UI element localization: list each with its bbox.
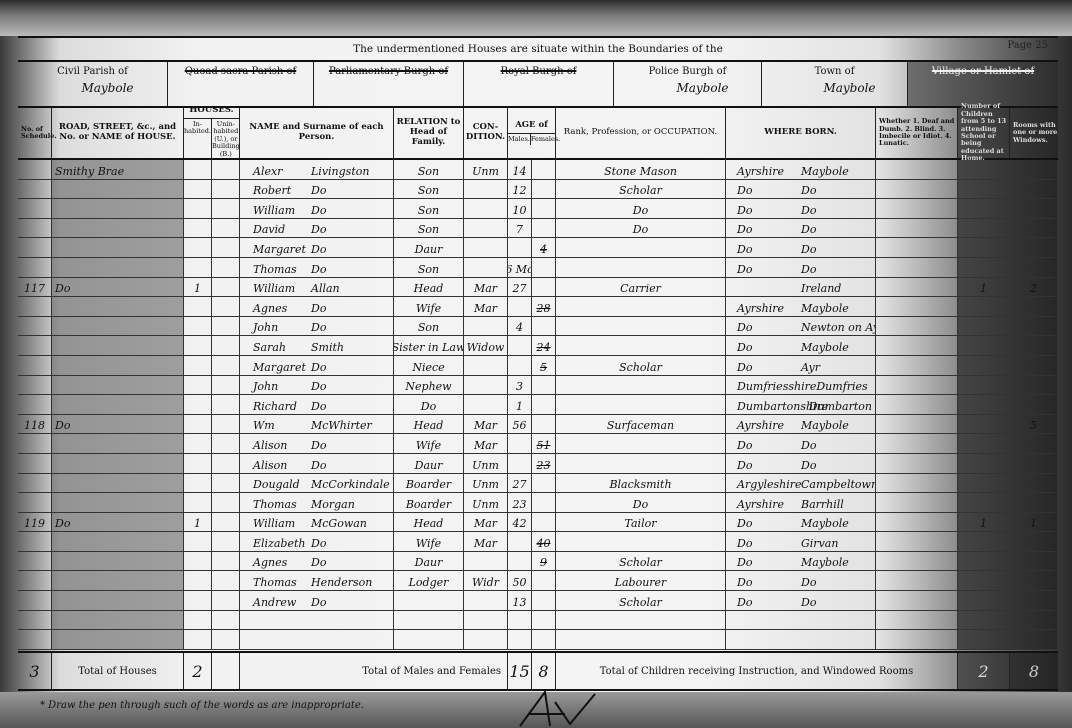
boundary-value: Maybole (823, 81, 875, 95)
cell-uninhabited (212, 415, 240, 434)
cell-female-age (532, 513, 556, 532)
born-place: Do (801, 204, 816, 217)
surname: Do (311, 400, 326, 413)
cell-rooms (1010, 571, 1058, 590)
cell-schedule (18, 199, 52, 218)
table-row: SarahSmithSister in LawWidow24DoMaybole (18, 336, 1058, 356)
cell-where-born: DoDo (726, 434, 876, 453)
cell-condition (464, 219, 508, 238)
table-row: AlisonDoWifeMar51DoDo (18, 434, 1058, 454)
cell-children (958, 317, 1010, 336)
cell-female-age (532, 317, 556, 336)
cell-condition (464, 395, 508, 414)
cell-relation: Daur (394, 552, 464, 571)
cell-male-age: 6 Mo (508, 258, 532, 277)
cell-name: MargaretDo (240, 356, 394, 375)
cell-relation: Nephew (394, 376, 464, 395)
born-county: Ayrshire (729, 302, 801, 315)
cell-whether (876, 454, 958, 473)
enumerator-initials-mark (510, 688, 600, 728)
cell-rooms (1010, 199, 1058, 218)
cell-rooms: 2 (1010, 278, 1058, 297)
cell-where-born: DoAyr (726, 356, 876, 375)
cell-name: ElizabethDo (240, 532, 394, 551)
born-county: Do (729, 223, 801, 236)
cell-condition: Mar (464, 297, 508, 316)
cell-rooms (1010, 532, 1058, 551)
cell-uninhabited (212, 571, 240, 590)
surname: Do (311, 321, 326, 334)
boundary-village: Village or Hamlet of (908, 62, 1058, 106)
cell-male-age: 27 (508, 474, 532, 493)
total-houses-label: Total of Houses (52, 653, 184, 689)
title-text: The undermentioned Houses are situate wi… (353, 43, 723, 55)
col-inhabited: In-habited. (184, 119, 211, 160)
cell-rooms (1010, 630, 1058, 649)
cell-male-age (508, 336, 532, 355)
cell-rooms: 5 (1010, 415, 1058, 434)
cell-female-age (532, 219, 556, 238)
total-houses-inhabited: 2 (184, 653, 212, 689)
born-place: Campbeltown (801, 478, 876, 491)
cell-condition (464, 356, 508, 375)
surname: Do (311, 263, 326, 276)
cell-rooms (1010, 395, 1058, 414)
footnote: * Draw the pen through such of the words… (40, 700, 364, 711)
cell-children (958, 532, 1010, 551)
cell-rooms (1010, 180, 1058, 199)
cell-name: SarahSmith (240, 336, 394, 355)
cell-schedule (18, 493, 52, 512)
table-row: AlisonDoDaurUnm23DoDo (18, 454, 1058, 474)
born-county: Dumbartonshire (729, 400, 809, 413)
surname: Do (311, 439, 326, 452)
surname: Allan (311, 282, 340, 295)
cell-condition (464, 180, 508, 199)
cell-rooms (1010, 434, 1058, 453)
table-row: RobertDoSon12ScholarDoDo (18, 180, 1058, 200)
col-name: NAME and Surname of each Person. (240, 108, 394, 158)
total-children-value: 2 (978, 662, 988, 681)
cell-name: MargaretDo (240, 238, 394, 257)
cell-occupation (556, 336, 726, 355)
cell-rooms (1010, 591, 1058, 610)
boundaries-row: Civil Parish of Maybole Quoad sacra Pari… (18, 62, 1058, 108)
cell-whether (876, 317, 958, 336)
cell-inhabited (184, 591, 212, 610)
cell-inhabited: 1 (184, 278, 212, 297)
cell-occupation (556, 395, 726, 414)
cell-inhabited (184, 611, 212, 630)
boundary-value: Maybole (81, 81, 133, 95)
cell-occupation: Surfaceman (556, 415, 726, 434)
cell-schedule: 119 (18, 513, 52, 532)
cell-schedule (18, 376, 52, 395)
cell-rooms (1010, 376, 1058, 395)
cell-road (52, 493, 184, 512)
cell-female-age: 40 (532, 532, 556, 551)
table-row: ThomasMorganBoarderUnm23DoAyrshireBarrhi… (18, 493, 1058, 513)
cell-where-born: DoMaybole (726, 336, 876, 355)
cell-schedule (18, 317, 52, 336)
cell-condition (464, 376, 508, 395)
born-county: Ayrshire (729, 498, 801, 511)
born-county: Do (729, 576, 801, 589)
cell-schedule (18, 434, 52, 453)
boundary-label: Village or Hamlet of (932, 66, 1034, 77)
surname: Do (311, 380, 326, 393)
cell-inhabited (184, 474, 212, 493)
cell-uninhabited (212, 317, 240, 336)
table-row: RichardDoDo1DumbartonshireDumbarton (18, 395, 1058, 415)
total-males-value: 15 (509, 662, 529, 681)
born-place: Do (801, 263, 816, 276)
cell-uninhabited (212, 474, 240, 493)
cell-relation: Niece (394, 356, 464, 375)
cell-occupation: Tailor (556, 513, 726, 532)
first-name: David (243, 223, 311, 236)
cell-occupation: Labourer (556, 571, 726, 590)
cell-rooms (1010, 454, 1058, 473)
cell-uninhabited (212, 552, 240, 571)
first-name: Thomas (243, 576, 311, 589)
cell-road (52, 297, 184, 316)
cell-relation: Boarder (394, 493, 464, 512)
cell-condition (464, 199, 508, 218)
cell-schedule (18, 532, 52, 551)
cell-male-age: 50 (508, 571, 532, 590)
cell-where-born: AyrshireMaybole (726, 415, 876, 434)
cell-whether (876, 591, 958, 610)
table-row (18, 611, 1058, 631)
first-name: Margaret (243, 243, 311, 256)
born-place: Girvan (801, 537, 838, 550)
cell-relation: Boarder (394, 474, 464, 493)
cell-road (52, 395, 184, 414)
cell-condition: Mar (464, 415, 508, 434)
born-county: Do (729, 361, 801, 374)
cell-where-born (726, 611, 876, 630)
cell-whether (876, 611, 958, 630)
cell-female-age (532, 630, 556, 649)
cell-road (52, 434, 184, 453)
houses-label: HOUSES. (189, 106, 233, 116)
cell-children (958, 297, 1010, 316)
cell-male-age: 4 (508, 317, 532, 336)
table-row: Smithy BraeAlexrLivingstonSonUnm14Stone … (18, 160, 1058, 180)
born-county: Do (729, 243, 801, 256)
cell-uninhabited (212, 219, 240, 238)
total-rooms: 8 (1010, 653, 1058, 689)
cell-road (52, 376, 184, 395)
cell-where-born: DoNewton on Ayr (726, 317, 876, 336)
col-males: Males. (508, 134, 530, 145)
born-county: Do (729, 596, 801, 609)
born-place: Do (801, 596, 816, 609)
cell-uninhabited (212, 513, 240, 532)
cell-children: 1 (958, 513, 1010, 532)
cell-female-age (532, 278, 556, 297)
first-name: William (243, 517, 311, 530)
cell-female-age (532, 258, 556, 277)
cell-relation: Wife (394, 434, 464, 453)
cell-inhabited: 1 (184, 513, 212, 532)
col-age: AGE of Males. Females. (508, 108, 556, 158)
cell-relation: Son (394, 180, 464, 199)
cell-name: WilliamMcGowan (240, 513, 394, 532)
cell-road (52, 356, 184, 375)
cell-schedule (18, 180, 52, 199)
cell-road (52, 532, 184, 551)
cell-rooms (1010, 611, 1058, 630)
cell-occupation (556, 630, 726, 649)
cell-whether (876, 258, 958, 277)
cell-children (958, 474, 1010, 493)
census-entries: Smithy BraeAlexrLivingstonSonUnm14Stone … (18, 160, 1058, 650)
cell-uninhabited (212, 376, 240, 395)
total-children-label: Total of Children receiving Instruction,… (556, 653, 958, 689)
cell-male-age: 42 (508, 513, 532, 532)
cell-whether (876, 415, 958, 434)
cell-where-born: Ireland (726, 278, 876, 297)
cell-occupation: Scholar (556, 180, 726, 199)
cell-name: WmMcWhirter (240, 415, 394, 434)
cell-schedule (18, 219, 52, 238)
col-relation: RELATION to Head of Family. (394, 108, 464, 158)
cell-where-born: AyrshireMaybole (726, 297, 876, 316)
total-inhabited-value: 2 (192, 662, 202, 681)
cell-rooms (1010, 552, 1058, 571)
cell-occupation (556, 611, 726, 630)
born-county: Do (729, 517, 801, 530)
col-occupation: Rank, Profession, or OCCUPATION. (556, 108, 726, 158)
cell-name: RichardDo (240, 395, 394, 414)
cell-inhabited (184, 180, 212, 199)
cell-children (958, 376, 1010, 395)
cell-where-born: AyrshireBarrhill (726, 493, 876, 512)
cell-occupation: Do (556, 199, 726, 218)
cell-female-age (532, 571, 556, 590)
cell-condition: Unm (464, 454, 508, 473)
cell-road (52, 199, 184, 218)
col-whether: Whether 1. Deaf and Dumb. 2. Blind. 3. I… (876, 108, 958, 158)
cell-uninhabited (212, 532, 240, 551)
cell-whether (876, 630, 958, 649)
cell-relation: Sister in Law (394, 336, 464, 355)
total-houses-uninhabited (212, 653, 240, 689)
cell-female-age (532, 474, 556, 493)
total-females: 8 (532, 653, 556, 689)
cell-uninhabited (212, 238, 240, 257)
cell-female-age: 24 (532, 336, 556, 355)
surname: Do (311, 537, 326, 550)
cell-uninhabited (212, 297, 240, 316)
cell-male-age (508, 356, 532, 375)
cell-schedule (18, 336, 52, 355)
cell-occupation: Carrier (556, 278, 726, 297)
cell-occupation: Scholar (556, 552, 726, 571)
born-place: Do (801, 243, 816, 256)
cell-occupation (556, 532, 726, 551)
cell-occupation (556, 454, 726, 473)
cell-schedule (18, 297, 52, 316)
cell-condition: Mar (464, 513, 508, 532)
cell-schedule (18, 611, 52, 630)
cell-road (52, 454, 184, 473)
cell-road (52, 611, 184, 630)
cell-whether (876, 571, 958, 590)
cell-condition: Widr (464, 571, 508, 590)
cell-female-age (532, 493, 556, 512)
cell-name: AndrewDo (240, 591, 394, 610)
cell-occupation: Do (556, 493, 726, 512)
table-row: ThomasHendersonLodgerWidr50LabourerDoDo (18, 571, 1058, 591)
cell-rooms (1010, 317, 1058, 336)
cell-children (958, 571, 1010, 590)
cell-whether (876, 493, 958, 512)
cell-female-age: 5 (532, 356, 556, 375)
cell-occupation (556, 238, 726, 257)
cell-children: 1 (958, 278, 1010, 297)
total-females-value: 8 (538, 662, 548, 681)
cell-where-born: DoDo (726, 571, 876, 590)
surname: Do (311, 184, 326, 197)
cell-schedule (18, 630, 52, 649)
cell-uninhabited (212, 630, 240, 649)
totals-row: 3 Total of Houses 2 Total of Males and F… (18, 651, 1058, 691)
cell-condition: Unm (464, 493, 508, 512)
table-row: JohnDoSon4DoNewton on Ayr (18, 317, 1058, 337)
cell-children (958, 395, 1010, 414)
cell-where-born: DoGirvan (726, 532, 876, 551)
cell-uninhabited (212, 180, 240, 199)
col-schedule: No. of Schedule. (18, 108, 52, 158)
cell-condition: Unm (464, 474, 508, 493)
born-county: Do (729, 263, 801, 276)
cell-where-born: DumfriesshireDumfries (726, 376, 876, 395)
surname: Do (311, 223, 326, 236)
cell-schedule (18, 160, 52, 179)
born-county: Do (729, 556, 801, 569)
cell-condition (464, 591, 508, 610)
born-place: Do (801, 223, 816, 236)
cell-relation: Son (394, 258, 464, 277)
cell-inhabited (184, 199, 212, 218)
first-name: Robert (243, 184, 311, 197)
cell-road (52, 238, 184, 257)
total-rooms-value: 8 (1029, 662, 1039, 681)
born-county: Do (729, 184, 801, 197)
born-place: Ayr (801, 361, 820, 374)
total-persons-label: Total of Males and Females (240, 653, 508, 689)
born-county: Do (729, 204, 801, 217)
cell-whether (876, 356, 958, 375)
first-name: Elizabeth (243, 537, 311, 550)
cell-male-age: 1 (508, 395, 532, 414)
first-name: Dougald (243, 478, 311, 491)
table-row: MargaretDoNiece5ScholarDoAyr (18, 356, 1058, 376)
cell-inhabited (184, 219, 212, 238)
born-county: Argyleshire (729, 478, 801, 491)
cell-female-age (532, 415, 556, 434)
table-row: MargaretDoDaur4DoDo (18, 238, 1058, 258)
born-county: Ayrshire (729, 419, 801, 432)
col-uninhabited: Unin-habited (U.), or Building (B.) (211, 119, 240, 160)
cell-rooms (1010, 356, 1058, 375)
table-row: AgnesDoWifeMar28AyrshireMaybole (18, 297, 1058, 317)
cell-male-age: 27 (508, 278, 532, 297)
cell-whether (876, 336, 958, 355)
cell-male-age: 23 (508, 493, 532, 512)
boundary-police-burgh: Police Burgh of Maybole (614, 62, 762, 106)
cell-whether (876, 532, 958, 551)
surname: Do (311, 243, 326, 256)
cell-relation: Daur (394, 454, 464, 473)
cell-road (52, 258, 184, 277)
cell-uninhabited (212, 395, 240, 414)
cell-female-age: 23 (532, 454, 556, 473)
first-name: Thomas (243, 498, 311, 511)
cell-whether (876, 474, 958, 493)
cell-relation: Lodger (394, 571, 464, 590)
cell-where-born: DoMaybole (726, 513, 876, 532)
cell-name: ThomasMorgan (240, 493, 394, 512)
cell-road: Do (52, 513, 184, 532)
cell-male-age: 10 (508, 199, 532, 218)
cell-schedule (18, 474, 52, 493)
cell-road (52, 474, 184, 493)
cell-schedule: 117 (18, 278, 52, 297)
born-place: Maybole (801, 165, 849, 178)
cell-whether (876, 180, 958, 199)
cell-female-age: 4 (532, 238, 556, 257)
cell-relation: Wife (394, 297, 464, 316)
cell-inhabited (184, 552, 212, 571)
cell-whether (876, 434, 958, 453)
cell-male-age (508, 238, 532, 257)
cell-inhabited (184, 297, 212, 316)
born-county: Ayrshire (729, 165, 801, 178)
cell-schedule (18, 552, 52, 571)
page-number: Page 25 (1008, 40, 1048, 51)
cell-male-age (508, 611, 532, 630)
cell-where-born: ArgyleshireCampbeltown (726, 474, 876, 493)
cell-relation: Son (394, 199, 464, 218)
surname: McWhirter (311, 419, 372, 432)
cell-occupation (556, 297, 726, 316)
surname: Henderson (311, 576, 372, 589)
table-row: DougaldMcCorkindaleBoarderUnm27Blacksmit… (18, 474, 1058, 494)
cell-occupation: Scholar (556, 591, 726, 610)
boundary-label: Civil Parish of (57, 66, 128, 77)
born-place: Dumbarton (809, 400, 872, 413)
first-name: Alison (243, 459, 311, 472)
cell-whether (876, 513, 958, 532)
cell-male-age: 14 (508, 160, 532, 179)
born-place: Do (801, 439, 816, 452)
cell-where-born: DoDo (726, 258, 876, 277)
born-county: Do (729, 341, 801, 354)
cell-occupation: Stone Mason (556, 160, 726, 179)
cell-name: WilliamAllan (240, 278, 394, 297)
boundary-value: Maybole (676, 81, 728, 95)
table-row: 118DoWmMcWhirterHeadMar56SurfacemanAyrsh… (18, 415, 1058, 435)
born-place: Maybole (801, 419, 849, 432)
cell-inhabited (184, 415, 212, 434)
cell-relation (394, 591, 464, 610)
total-males: 15 (508, 653, 532, 689)
cell-children (958, 356, 1010, 375)
